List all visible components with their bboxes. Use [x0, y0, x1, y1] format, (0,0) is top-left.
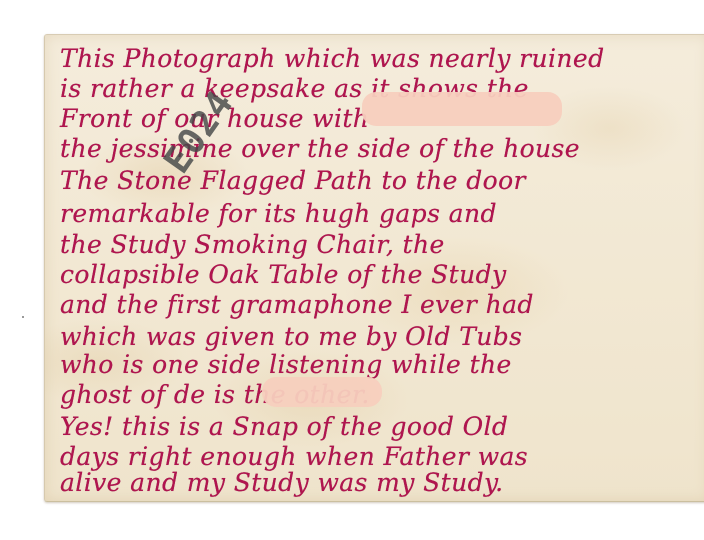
scanned-document: This Photograph which was nearly ruined … — [0, 0, 704, 540]
redaction-patch-2 — [262, 377, 382, 407]
redaction-patch-1 — [362, 92, 562, 126]
text-line-15: alive and my Study was my Study. — [60, 468, 504, 497]
text-line-5: The Stone Flagged Path to the door — [60, 166, 526, 195]
text-line-14: days right enough when Father was — [60, 442, 528, 471]
text-line-13: Yes! this is a Snap of the good Old — [60, 412, 508, 441]
text-line-1: This Photograph which was nearly ruined — [60, 44, 605, 73]
text-line-7: the Study Smoking Chair, the — [60, 230, 445, 259]
text-line-8: collapsible Oak Table of the Study — [60, 260, 507, 289]
text-line-10: which was given to me by Old Tubs — [60, 322, 522, 351]
text-line-4: the jessimine over the side of the house — [60, 134, 580, 163]
text-line-6: remarkable for its hugh gaps and — [60, 199, 497, 228]
scan-speck — [22, 316, 24, 318]
text-line-9: and the first gramaphone I ever had — [60, 290, 534, 319]
text-line-11: who is one side listening while the — [60, 350, 512, 379]
